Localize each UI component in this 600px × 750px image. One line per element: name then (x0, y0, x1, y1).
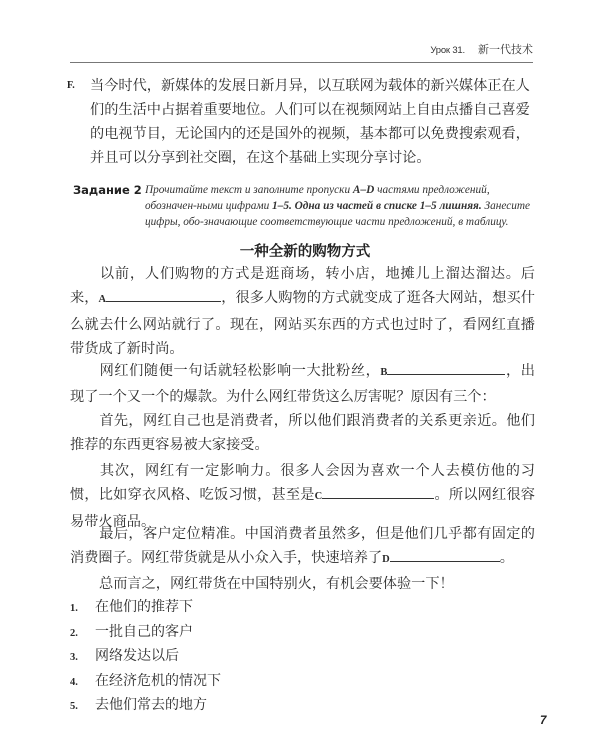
blank-label-a: A (99, 294, 107, 305)
task-instructions: Прочитайте текст и заполните пропуски A–… (145, 182, 535, 230)
blank-label-c: C (315, 491, 323, 502)
paragraph-text: 总而言之，网红带货在中国特别火，有机会要体验一下！ (99, 576, 454, 592)
option-text: 一批自己的客户 (95, 624, 193, 640)
task-text-bold: A–D (353, 184, 374, 196)
blank-label-b: B (380, 367, 387, 378)
blank-label-d: D (382, 554, 390, 565)
option-number: 3. (70, 647, 95, 670)
story-paragraph-3: 首先，网红自己也是消费者，所以他们跟消费者的关系更亲近。他们推荐的东西更容易被大… (70, 409, 535, 458)
blank-d[interactable] (390, 547, 500, 562)
lesson-topic: 新一代技术 (478, 44, 533, 56)
story-paragraph-5: 最后，客户定位精准。中国消费者虽然多，但是他们几乎都有固定的消费圈子。网红带货就… (70, 522, 535, 573)
story-paragraph-2: 网红们随便一句话就轻松影响一大批粉丝，B，出现了一个又一个的爆款。为什么网红带货… (70, 359, 535, 410)
option-number: 5. (70, 696, 95, 719)
option-text: 在他们的推荐下 (95, 599, 193, 615)
blank-c[interactable] (322, 484, 434, 499)
option-item: 4.在经济危机的情况下 (70, 670, 221, 695)
option-item: 1.在他们的推荐下 (70, 596, 221, 621)
header-divider (70, 62, 533, 63)
option-text: 去他们常去的地方 (95, 697, 207, 713)
blank-b[interactable] (387, 360, 505, 375)
option-number: 4. (70, 672, 95, 695)
section-f-paragraph: 当今时代，新媒体的发展日新月异，以互联网为载体的新兴媒体正在人 们的生活中占据着… (90, 74, 535, 170)
option-text: 在经济危机的情况下 (95, 673, 221, 689)
option-number: 2. (70, 623, 95, 646)
paragraph-text: 网红们随便一句话就轻松影响一大批粉丝， (99, 363, 380, 379)
section-f-line: 的电视节目，无论国内的还是国外的视频，基本都可以免费搜索观看， (90, 122, 535, 146)
option-text: 网络发达以后 (95, 648, 179, 664)
option-item: 2.一批自己的客户 (70, 621, 221, 646)
lesson-number: Урок 31. (430, 45, 465, 56)
task-text-bold: 1–5. Одна из частей в списке 1–5 лишняя. (272, 200, 482, 212)
task-label: Задание 2 (73, 183, 142, 197)
option-item: 3.网络发达以后 (70, 645, 221, 670)
page-number: 7 (540, 715, 546, 727)
section-f-line: 们的生活中占据着重要地位。人们可以在视频网站上自由点播自己喜爱 (90, 98, 535, 122)
story-paragraph-1: 以前，人们购物的方式是逛商场，转小店，地摊儿上溜达溜达。后来，A，很多人购物的方… (70, 262, 535, 361)
task-text: Прочитайте текст и заполните пропуски (145, 184, 353, 196)
paragraph-text: 首先，网红自己也是消费者，所以他们跟消费者的关系更亲近。他们推荐的东西更容易被大… (70, 413, 535, 453)
section-f-line: 并且可以分享到社交圈，在这个基础上实现分享讨论。 (90, 146, 535, 170)
options-list: 1.在他们的推荐下 2.一批自己的客户 3.网络发达以后 4.在经济危机的情况下… (70, 596, 221, 719)
blank-a[interactable] (106, 287, 221, 302)
story-paragraph-6: 总而言之，网红带货在中国特别火，有机会要体验一下！ (70, 572, 535, 596)
section-marker-f: F. (67, 80, 75, 91)
paragraph-text: 。 (500, 550, 514, 566)
option-number: 1. (70, 598, 95, 621)
section-f-line: 当今时代，新媒体的发展日新月异，以互联网为载体的新兴媒体正在人 (90, 74, 535, 98)
option-item: 5.去他们常去的地方 (70, 694, 221, 719)
story-title: 一种全新的购物方式 (70, 240, 540, 261)
running-header: Урок 31. 新一代技术 (70, 41, 533, 57)
